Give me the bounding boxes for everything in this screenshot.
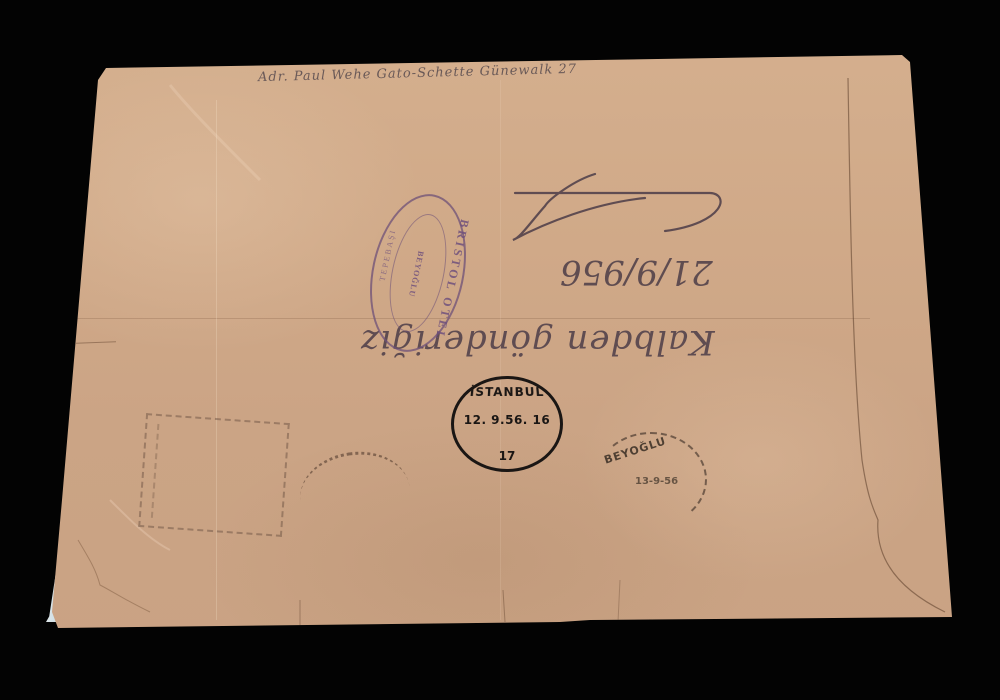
postmark-number: 17	[454, 449, 560, 463]
signature-scribble	[505, 168, 735, 248]
beyoglu-postmark: BEYOĞLU 13-9-56	[595, 432, 707, 527]
istanbul-postmark: İSTANBUL 12. 9.56. 16 17	[451, 376, 563, 472]
photo-scene: Adr. Paul Wehe Gato-Schette Günewalk 27 …	[0, 0, 1000, 700]
postmark-date: 12. 9.56. 16	[454, 413, 560, 427]
stamp-inner-line	[151, 424, 209, 521]
postmark-date: 13-9-56	[635, 476, 678, 487]
faded-rectangular-stamp	[138, 413, 290, 537]
postmark-city: İSTANBUL	[453, 385, 561, 399]
envelope-back: Adr. Paul Wehe Gato-Schette Günewalk 27 …	[0, 0, 1000, 700]
handwritten-date: 21/9/956	[560, 252, 713, 292]
